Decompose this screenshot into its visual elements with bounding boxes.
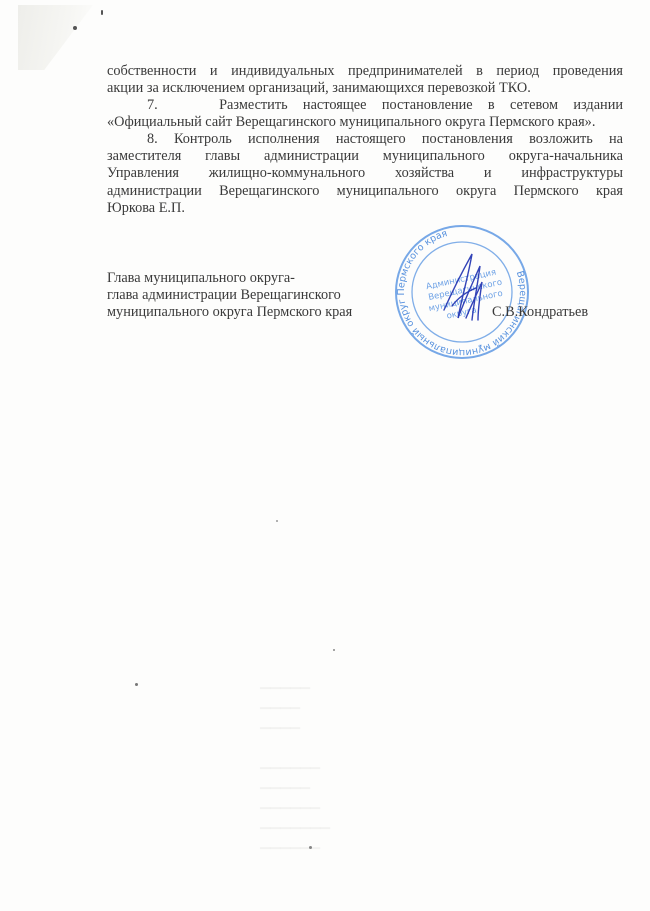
paragraph-8: 8. Контроль исполнения настоящего постан… xyxy=(107,131,623,217)
position-line: глава администрации Верещагинского xyxy=(107,287,352,304)
item-text: Контроль исполнения настоящего постановл… xyxy=(174,131,623,147)
signatory-name: С.В.Кондратьев xyxy=(492,304,588,321)
text-line: заместителя главы администрации муниципа… xyxy=(107,148,623,165)
position-line: муниципального округа Пермского края xyxy=(107,304,352,321)
signatory-position: Глава муниципального округа- глава админ… xyxy=(107,270,352,322)
paragraph-7: 7. Разместить настоящее постановление в … xyxy=(107,97,623,131)
paragraph-continuation: собственности и индивидуальных предприни… xyxy=(107,63,623,97)
scan-speck xyxy=(276,520,278,522)
text-line: собственности и индивидуальных предприни… xyxy=(107,63,623,80)
text-line: Юркова Е.П. xyxy=(107,200,623,217)
item-text: Разместить настоящее постановление в сет… xyxy=(219,97,623,113)
text-line: «Официальный сайт Верещагинского муницип… xyxy=(107,114,623,131)
text-line: акции за исключением организаций, занима… xyxy=(107,80,623,97)
scan-shadow xyxy=(18,5,93,70)
scan-speck xyxy=(101,10,103,15)
svg-text:*: * xyxy=(478,343,482,352)
official-stamp-icon: Верещагинский муниципальный округ Пермск… xyxy=(392,222,532,362)
text-line: Управления жилищно-коммунального хозяйст… xyxy=(107,165,623,182)
scan-speck xyxy=(135,683,138,686)
text-line: администрации Верещагинского муниципальн… xyxy=(107,183,623,200)
text-line: 7. Разместить настоящее постановление в … xyxy=(107,97,623,114)
item-number: 7. xyxy=(147,97,158,113)
scan-speck xyxy=(73,26,77,30)
position-line: Глава муниципального округа- xyxy=(107,270,352,287)
scan-speck xyxy=(333,649,335,651)
text-line: 8. Контроль исполнения настоящего постан… xyxy=(107,131,623,148)
item-number: 8. xyxy=(147,131,158,147)
bleed-through-ghost: ▁▁▁▁▁▁▁▁▁▁▁▁▁▁▁▁▁▁▁▁▁▁▁▁▁▁▁▁▁▁▁▁▁▁▁▁▁▁▁▁… xyxy=(260,672,330,852)
